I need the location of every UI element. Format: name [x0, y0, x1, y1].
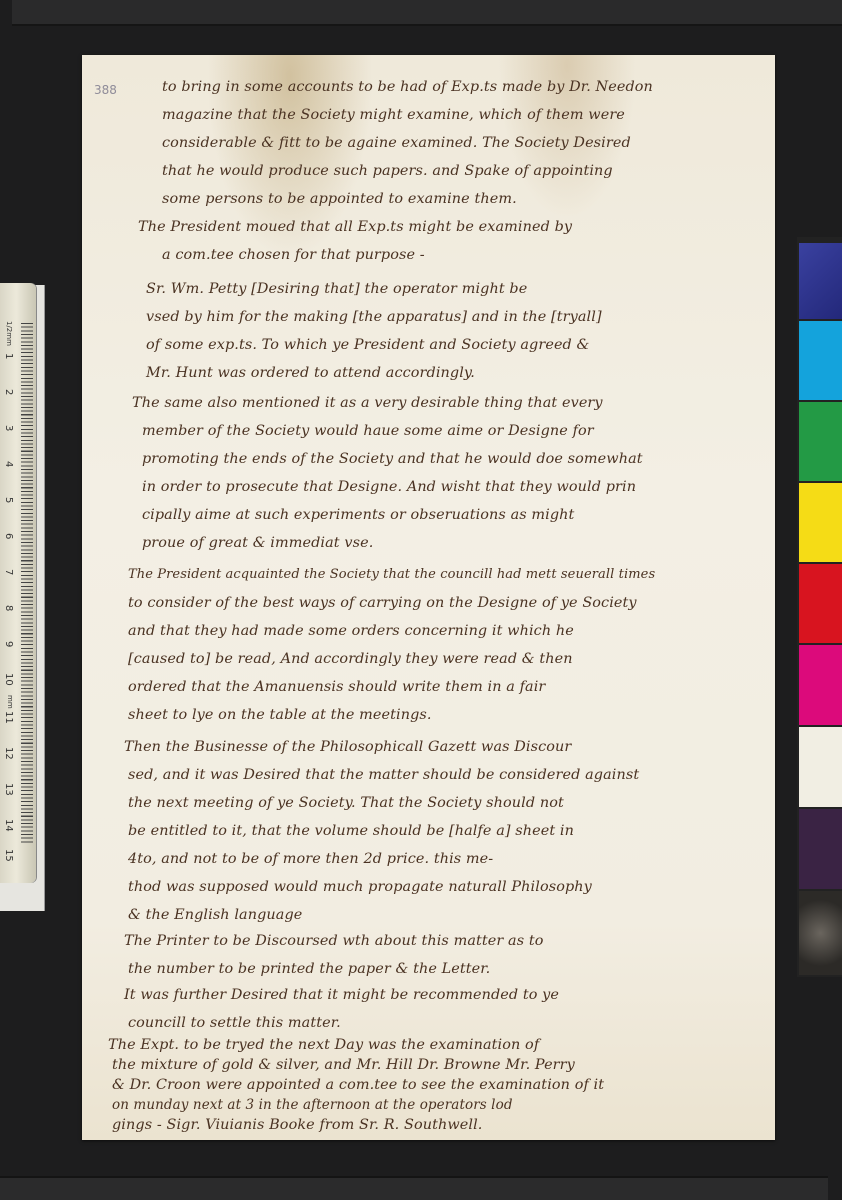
- ruler-tick-label: 6: [3, 533, 14, 539]
- ruler-tick-label: 13: [3, 783, 14, 796]
- mount-board-top: [12, 0, 842, 26]
- manuscript-line: Mr. Hunt was ordered to attend according…: [146, 365, 475, 381]
- ruler-unit-mm: mm: [6, 695, 14, 709]
- ruler-tick-label: 8: [3, 605, 14, 611]
- ruler-ticks: [21, 323, 33, 843]
- swatch-black: [799, 891, 842, 975]
- manuscript-line: & the English language: [128, 907, 302, 923]
- ruler-unit-label: 1/2mm: [5, 321, 13, 346]
- ruler-tick-label: 1: [3, 353, 14, 359]
- manuscript-line: considerable & fitt to be againe examine…: [162, 135, 631, 151]
- manuscript-line: of some exp.ts. To which ye President an…: [146, 337, 589, 353]
- swatch-cyan: [799, 321, 842, 400]
- color-calibration-chart: [797, 237, 842, 977]
- manuscript-line: member of the Society would haue some ai…: [142, 423, 594, 439]
- manuscript-line: the next meeting of ye Society. That the…: [128, 795, 564, 811]
- ruler-tick-label: 12: [3, 747, 14, 760]
- folio-number: 388: [94, 83, 117, 97]
- manuscript-line: gings - Sigr. Viuianis Booke from Sr. R.…: [112, 1117, 482, 1133]
- manuscript-line: The President moued that all Exp.ts migh…: [138, 219, 572, 235]
- manuscript-line: the mixture of gold & silver, and Mr. Hi…: [112, 1057, 575, 1073]
- manuscript-line: Then the Businesse of the Philosophicall…: [124, 739, 571, 755]
- ruler-tick-label: 10: [3, 673, 14, 686]
- manuscript-line: It was further Desired that it might be …: [124, 987, 559, 1003]
- manuscript-line: The President acquainted the Society tha…: [128, 567, 655, 582]
- manuscript-line: to bring in some accounts to be had of E…: [162, 79, 653, 95]
- ruler-tick-label: 5: [3, 497, 14, 503]
- ruler-tick-label: 3: [3, 425, 14, 431]
- swatch-purple: [799, 809, 842, 889]
- swatch-white: [799, 727, 842, 807]
- swatch-green: [799, 402, 842, 481]
- manuscript-line: thod was supposed would much propagate n…: [128, 879, 592, 895]
- manuscript-line: ordered that the Amanuensis should write…: [128, 679, 545, 695]
- ruler-tick-label: 4: [3, 461, 14, 467]
- manuscript-line: The Expt. to be tryed the next Day was t…: [108, 1037, 539, 1053]
- mount-board-bottom: [0, 1176, 828, 1200]
- manuscript-line: sed, and it was Desired that the matter …: [128, 767, 639, 783]
- manuscript-line: 4to, and not to be of more then 2d price…: [128, 851, 493, 867]
- swatch-magenta: [799, 645, 842, 725]
- ruler-tick-label: 15: [3, 849, 14, 862]
- ruler-tick-label: 7: [3, 569, 14, 575]
- manuscript-line: councill to settle this matter.: [128, 1015, 341, 1031]
- ruler-tick-label: 9: [3, 641, 14, 647]
- ruler-tick-label: 11: [3, 711, 14, 724]
- manuscript-line: magazine that the Society might examine,…: [162, 107, 625, 123]
- manuscript-line: on munday next at 3 in the afternoon at …: [112, 1097, 513, 1113]
- manuscript-line: in order to prosecute that Designe. And …: [142, 479, 636, 495]
- manuscript-line: a com.tee chosen for that purpose -: [162, 247, 425, 263]
- manuscript-line: vsed by him for the making [the apparatu…: [146, 309, 602, 325]
- manuscript-line: the number to be printed the paper & the…: [128, 961, 490, 977]
- manuscript-line: The same also mentioned it as a very des…: [132, 395, 603, 411]
- manuscript-line: & Dr. Croon were appointed a com.tee to …: [112, 1077, 604, 1093]
- swatch-yellow: [799, 483, 842, 562]
- manuscript-line: [caused to] be read, And accordingly the…: [128, 651, 573, 667]
- manuscript-line: be entitled to it, that the volume shoul…: [128, 823, 574, 839]
- scale-ruler: 1/2mm 1 2 3 4 5 6 7 8 9 10 mm 11 12 13 1…: [0, 283, 36, 883]
- manuscript-line: some persons to be appointed to examine …: [162, 191, 517, 207]
- manuscript-line: cipally aime at such experiments or obse…: [142, 507, 574, 523]
- manuscript-line: sheet to lye on the table at the meeting…: [128, 707, 432, 723]
- manuscript-line: The Printer to be Discoursed wth about t…: [124, 933, 544, 949]
- manuscript-line: that he would produce such papers. and S…: [162, 163, 613, 179]
- swatch-red: [799, 564, 842, 643]
- manuscript-line: and that they had made some orders conce…: [128, 623, 574, 639]
- manuscript-line: Sr. Wm. Petty [Desiring that] the operat…: [146, 281, 527, 297]
- ruler-tick-label: 14: [3, 819, 14, 832]
- manuscript-line: proue of great & immediat vse.: [142, 535, 373, 551]
- ruler-tick-label: 2: [3, 389, 14, 395]
- manuscript-line: to consider of the best ways of carrying…: [128, 595, 637, 611]
- manuscript-page: 388 to bring in some accounts to be had …: [82, 55, 775, 1140]
- manuscript-line: promoting the ends of the Society and th…: [142, 451, 643, 467]
- swatch-blue: [799, 243, 842, 319]
